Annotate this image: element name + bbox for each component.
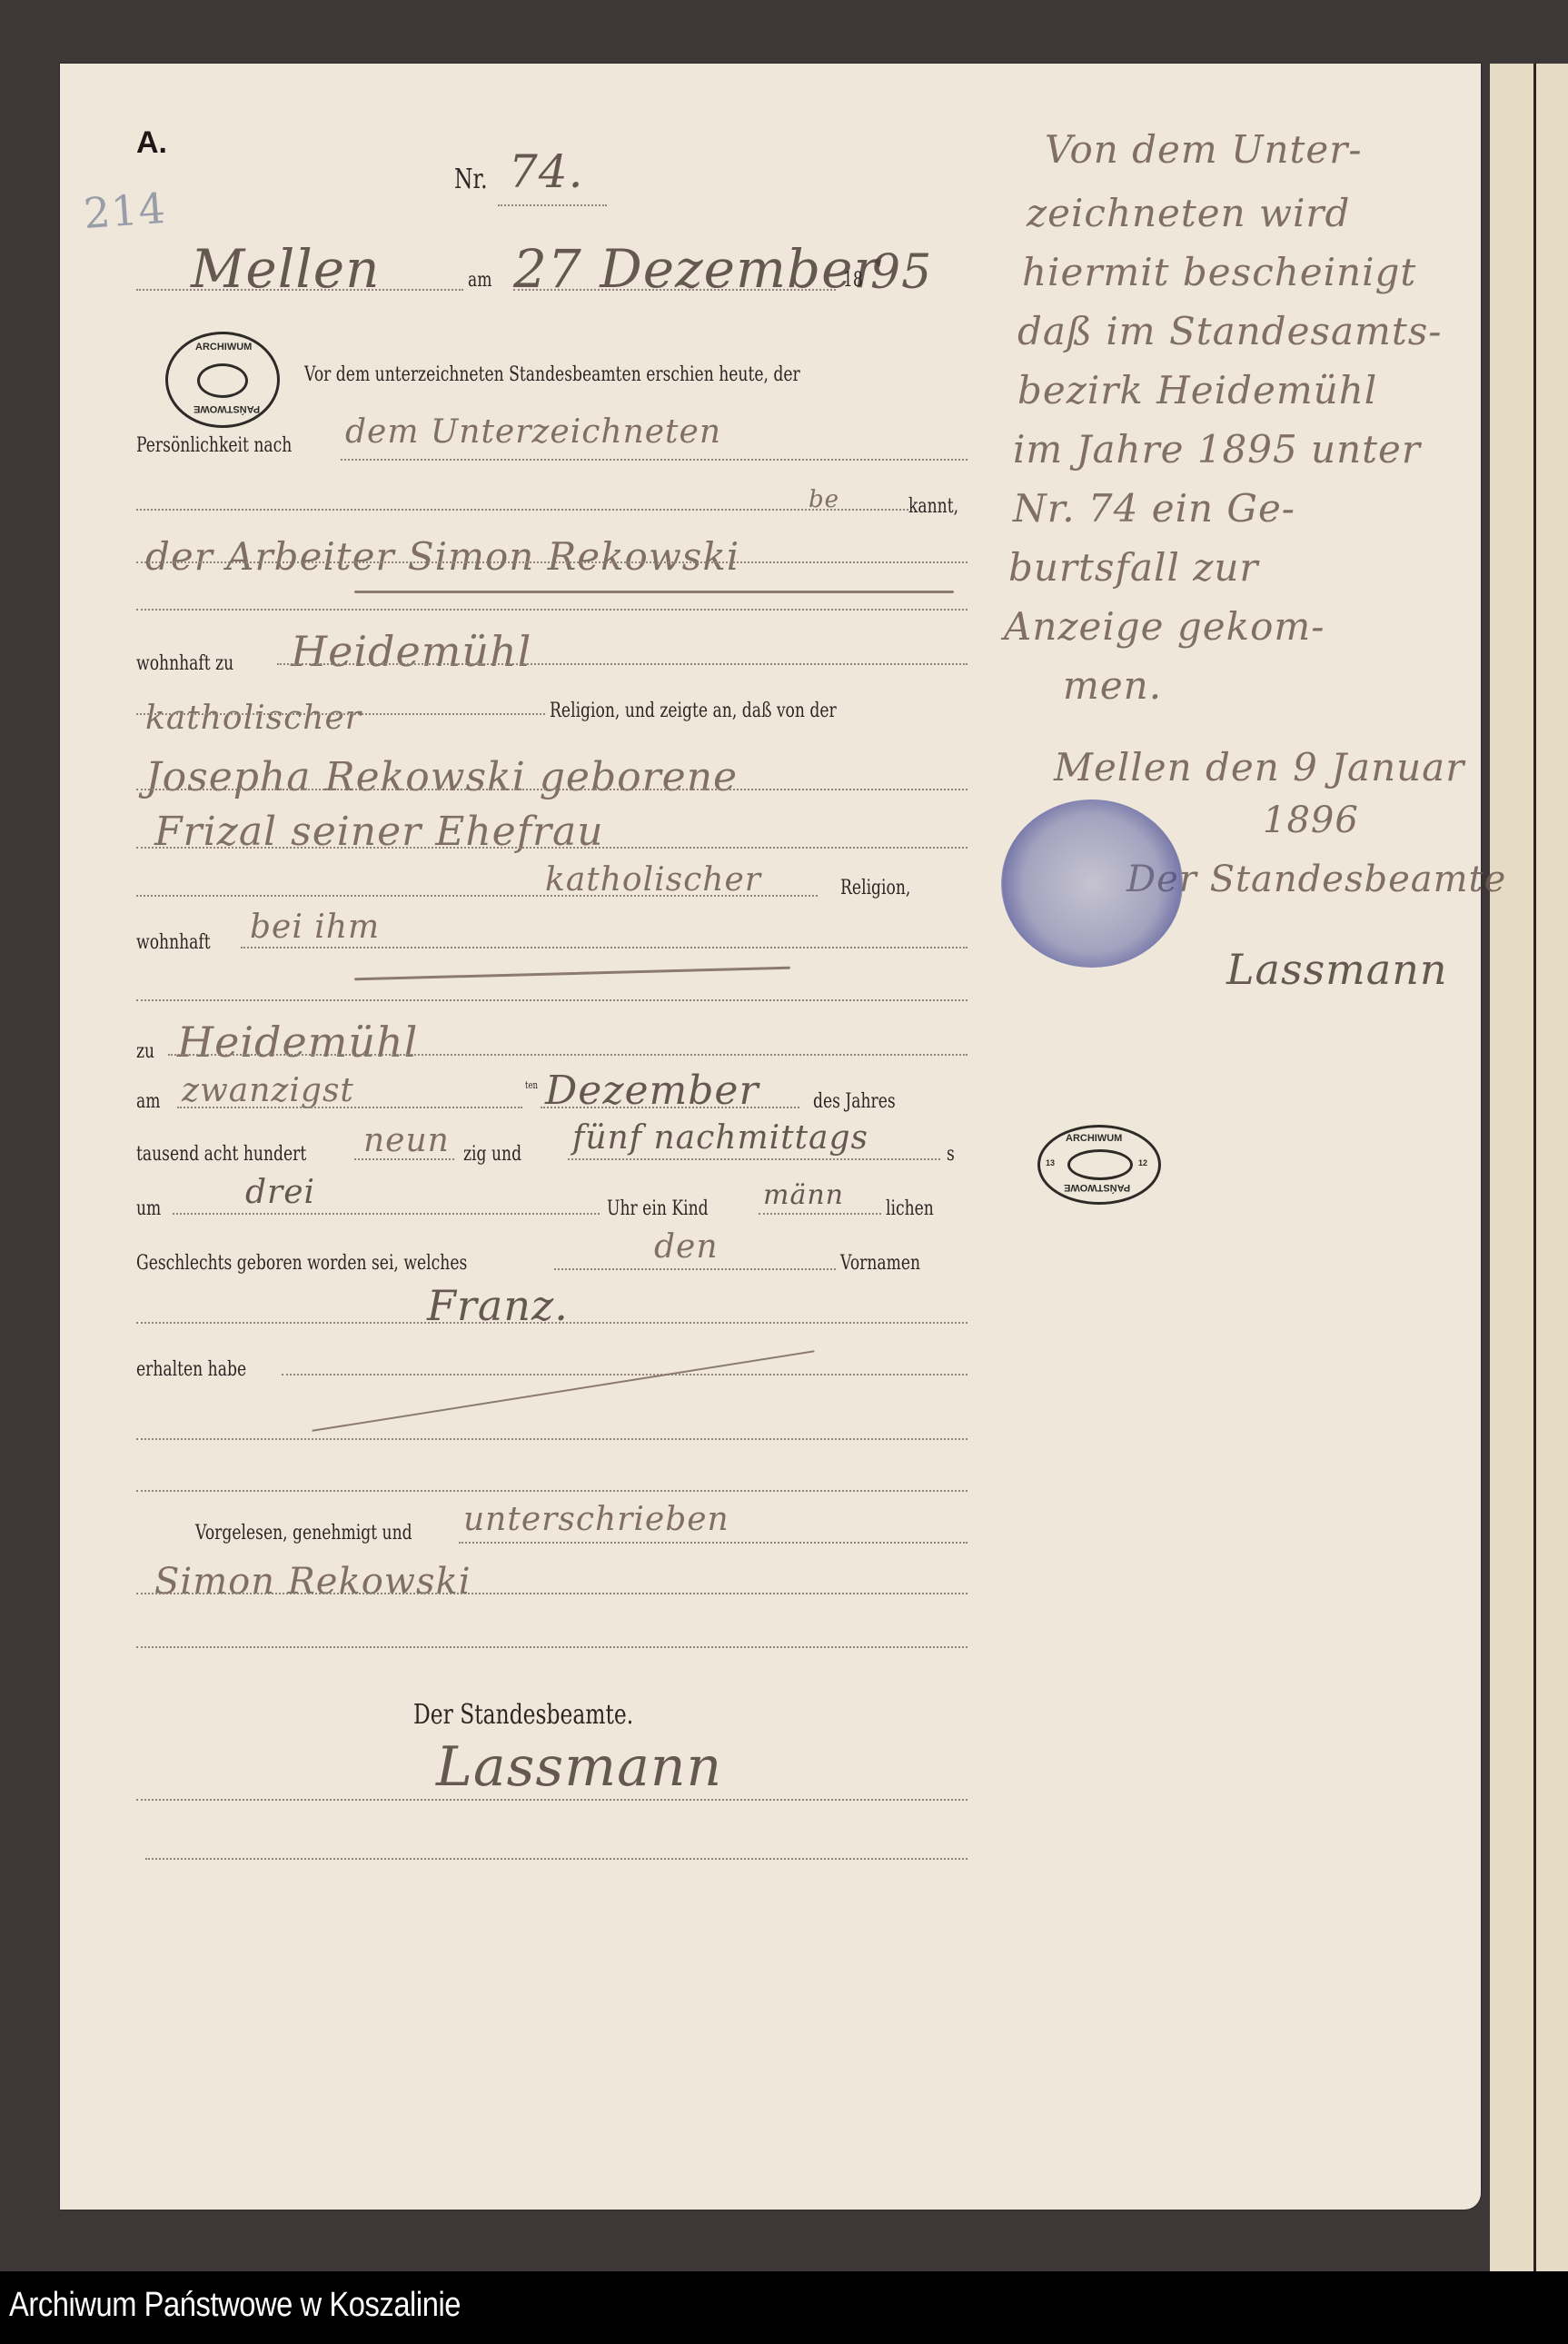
day-suffix: ten [525,1079,538,1091]
received-label: erhalten habe [136,1358,246,1381]
dotted-line [136,789,968,790]
dotted-line [282,1374,968,1376]
dotted-line [136,609,968,611]
day-value: zwanzigst [182,1072,354,1109]
dotted-line [136,1438,968,1440]
dotted-line [341,459,968,461]
personality-label: Persönlichkeit nach [136,434,292,457]
dotted-line [136,1490,968,1492]
margin-note-line: zeichneten wird [1027,191,1350,235]
dotted-line [136,1593,968,1594]
religion-value-1: katholischer [145,700,362,737]
dotted-line [541,1107,799,1108]
dotted-line [277,663,968,665]
hour-value: drei [245,1174,315,1211]
registrar-seal [1001,800,1183,968]
year-suffix: 95 [870,245,932,300]
dotted-line [136,847,968,849]
margin-note-signature: Lassmann [1226,945,1447,994]
dotted-line [136,1322,968,1324]
dotted-line [136,1799,968,1801]
dotted-line [554,1268,836,1270]
gender-line: Geschlechts geboren worden sei, welches [136,1252,467,1275]
year-prefix: 18 [843,269,863,292]
dotted-line [568,1158,940,1160]
margin-note-line: daß im Standesamts- [1017,309,1442,353]
decade-suffix: zig und [463,1143,521,1166]
residence-label-2: wohnhaft [136,931,211,954]
dotted-line [136,509,908,511]
dotted-line [145,1858,968,1860]
margin-note-line: Anzeige gekom- [1004,604,1325,649]
given-name-label: Vornamen [840,1252,920,1275]
read-label: Vorgelesen, genehmigt und [195,1522,412,1544]
year-line-prefix: tausend acht hundert [136,1143,306,1166]
year-line-suffix: s [947,1143,955,1166]
margin-note-line: bezirk Heidemühl [1017,368,1377,412]
dotted-line [136,1646,968,1648]
dotted-line [136,289,463,291]
personality-value: dem Unterzeichneten [345,413,721,451]
dotted-line [459,1542,968,1544]
margin-note-line: burtsfall zur [1008,545,1259,590]
form-letter: A. [136,125,167,161]
dotted-line [136,561,968,563]
margin-note-line: hiermit bescheinigt [1022,250,1416,294]
dotted-line [136,895,818,897]
day-label: am [136,1090,161,1113]
mother-value-1: Josepha Rekowski geborene [145,754,738,800]
religion-line-1: Religion, und zeigte an, daß von der [550,700,837,722]
margin-note-line: im Jahre 1895 unter [1013,427,1421,472]
margin-note-line: Nr. 74 ein Ge- [1013,486,1295,531]
sex-value: männ [763,1179,844,1211]
dotted-line [168,1054,968,1056]
number-label: Nr. [454,164,488,195]
dotted-line [241,947,968,949]
dotted-line [136,713,545,715]
residence-value-2: bei ihm [250,909,380,946]
dotted-line [136,999,968,1001]
dotted-line [513,289,836,291]
religion-value-2: katholischer [545,861,761,899]
read-value: unterschrieben [463,1501,729,1538]
year-unit-value: fünf nachmittags [572,1119,868,1157]
place-label: zu [136,1040,154,1063]
religion-label-2: Religion, [840,877,910,899]
year-label: des Jahres [813,1090,896,1113]
margin-note-year: 1896 [1263,800,1359,841]
place-value-2: Heidemühl [177,1018,418,1067]
registrar-title: Der Standesbeamte. [413,1699,633,1731]
hour-suffix: Uhr ein Kind [607,1197,709,1220]
declarant-signature: Simon Rekowski [154,1561,471,1603]
dotted-line [354,1158,454,1160]
decade-value: neun [363,1122,450,1159]
underline-stroke [354,591,954,593]
name-article: den [654,1228,719,1266]
known-label: kannt, [908,495,958,518]
known-insert: be [809,486,839,513]
archive-stamp: ARCHIWUM PAŃSTWOWE [165,332,280,428]
hour-label: um [136,1197,161,1220]
date-connector: am [468,269,492,292]
intro-line: Vor dem unterzeichneten Standesbeamten e… [304,363,800,386]
adjacent-page-edge [1490,64,1568,2271]
archive-stamp-right: ARCHIWUM PAŃSTWOWE 13 12 [1037,1125,1161,1205]
dotted-line [173,1213,600,1215]
dotted-line [759,1213,881,1215]
margin-note-title: Der Standesbeamte [1126,859,1506,900]
archive-footer-bar: Archiwum Państwowe w Koszalinie [0,2271,1568,2344]
registrar-signature: Lassmann [436,1735,722,1799]
margin-note-line: men. [1063,663,1162,708]
residence-label: wohnhaft zu [136,652,233,675]
margin-note-line: Von dem Unter- [1045,127,1363,172]
sex-suffix: lichen [886,1197,934,1220]
residence-value: Heidemühl [291,627,531,676]
archive-name: Archiwum Państwowe w Koszalinie [9,2286,461,2325]
margin-note-place-date: Mellen den 9 Januar [1054,745,1464,790]
dotted-line [177,1107,522,1108]
declarant-value: der Arbeiter Simon Rekowski [145,534,739,579]
dotted-line [498,204,607,206]
pencil-page-note: 214 [82,184,167,238]
record-number: 74. [509,145,584,198]
